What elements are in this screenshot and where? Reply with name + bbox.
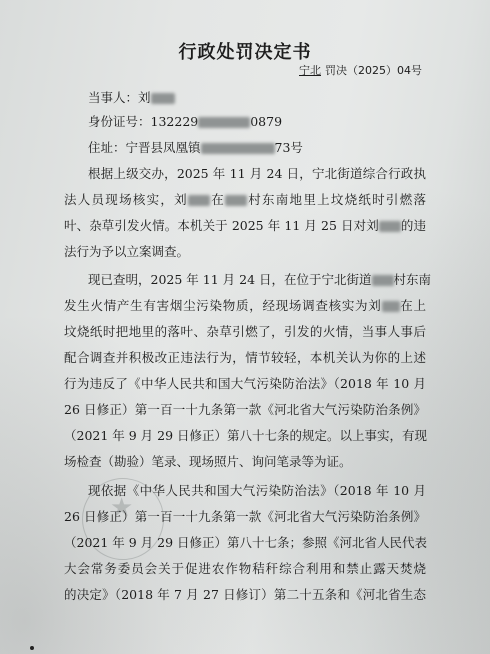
text-segment: 的违 [401, 218, 426, 233]
id-number-field: 身份证号：1322290879 [88, 112, 450, 130]
paragraph-3-line-1: 现依据《中华人民共和国大气污染防治法》（2018 年 10 月 [88, 481, 426, 499]
text-segment: 村东南 [394, 272, 432, 287]
paragraph-2-line-8: 场检查（勘验）笔录、现场照片、询问笔录等为证。 [64, 452, 426, 470]
paragraph-1-line-4: 法行为予以立案调查。 [64, 242, 426, 260]
paragraph-1-line-3: 叶、杂草引发火情。本机关于 2025 年 11 月 25 日对刘的违 [64, 216, 426, 234]
id-prefix: 132229 [151, 114, 199, 129]
paragraph-3-line-2: 26 日修正）第一百一十九条第一款《河北省大气污染防治条例》 [64, 507, 426, 525]
redaction [201, 143, 275, 154]
party-label: 当事人： [88, 90, 138, 105]
redaction [198, 117, 250, 128]
redaction [188, 195, 210, 206]
paragraph-2-line-6: 26 日修正）第一百一十九条第一款《河北省大气污染防治条例》 [64, 400, 426, 418]
paragraph-2-line-7: （2021 年 9 月 29 日修正）第八十七条的规定。以上事实，有现 [64, 426, 426, 444]
paragraph-2-line-4: 配合调查并积极改正违法行为，情节较轻，本机关认为你的上述 [64, 348, 426, 366]
document-number-org: 宁北 [295, 64, 325, 77]
redaction [379, 221, 401, 232]
id-label: 身份证号： [88, 114, 151, 129]
paper-speck [30, 646, 34, 650]
paragraph-2-line-3: 坟烧纸时把地里的落叶、杂草引燃了，引发的火情，当事人事后 [64, 322, 426, 340]
party-field: 当事人：刘 [88, 88, 450, 106]
document-title: 行政处罚决定书 [0, 38, 490, 64]
redaction [372, 275, 394, 286]
text-segment: 在上 [400, 298, 426, 313]
text-segment: 在 [210, 192, 225, 207]
text-segment: 发生火情产生有害烟尘污染物质，经现场调查核实为刘 [64, 298, 382, 313]
paragraph-3-line-5: 的决定》（2018 年 7 月 27 日修订）第二十五条和《河北省生态 [64, 585, 426, 603]
text-segment: 法人员现场核实，刘 [64, 192, 188, 207]
party-name: 刘 [138, 90, 151, 105]
paragraph-1-line-2: 法人员现场核实，刘在村东南地里上坟烧纸时引燃落 [64, 190, 426, 208]
redaction [225, 195, 247, 206]
id-suffix: 0879 [250, 114, 282, 129]
document-number-suffix: 罚决（2025）04号 [325, 64, 422, 77]
address-label: 住址： [88, 140, 126, 155]
text-segment: 现已查明，2025 年 11 月 24 日，在位于宁北街道 [88, 272, 372, 287]
address-end: 73号 [275, 140, 303, 155]
paragraph-2-line-1: 现已查明，2025 年 11 月 24 日，在位于宁北街道村东南 [88, 270, 426, 288]
text-segment: 叶、杂草引发火情。本机关于 2025 年 11 月 25 日对刘 [64, 218, 379, 233]
document-number: 宁北罚决（2025）04号 [295, 62, 422, 78]
address-field: 住址：宁晋县凤凰镇73号 [88, 138, 450, 156]
paragraph-1-line-1: 根据上级交办，2025 年 11 月 24 日，宁北街道综合行政执 [88, 164, 426, 182]
paragraph-3-line-3: （2021 年 9 月 29 日修正）第八十七条；参照《河北省人民代表 [64, 533, 426, 551]
text-segment: 村东南地里上坟烧纸时引燃落 [247, 192, 426, 207]
paragraph-2-line-5: 行为违反了《中华人民共和国大气污染防治法》（2018 年 10 月 [64, 374, 426, 392]
address-start: 宁晋县凤凰镇 [126, 140, 201, 155]
redaction [151, 93, 175, 104]
redaction [382, 301, 400, 312]
paragraph-3-line-4: 大会常务委员会关于促进农作物秸秆综合利用和禁止露天焚烧 [64, 559, 426, 577]
paragraph-2-line-2: 发生火情产生有害烟尘污染物质，经现场调查核实为刘在上 [64, 296, 426, 314]
